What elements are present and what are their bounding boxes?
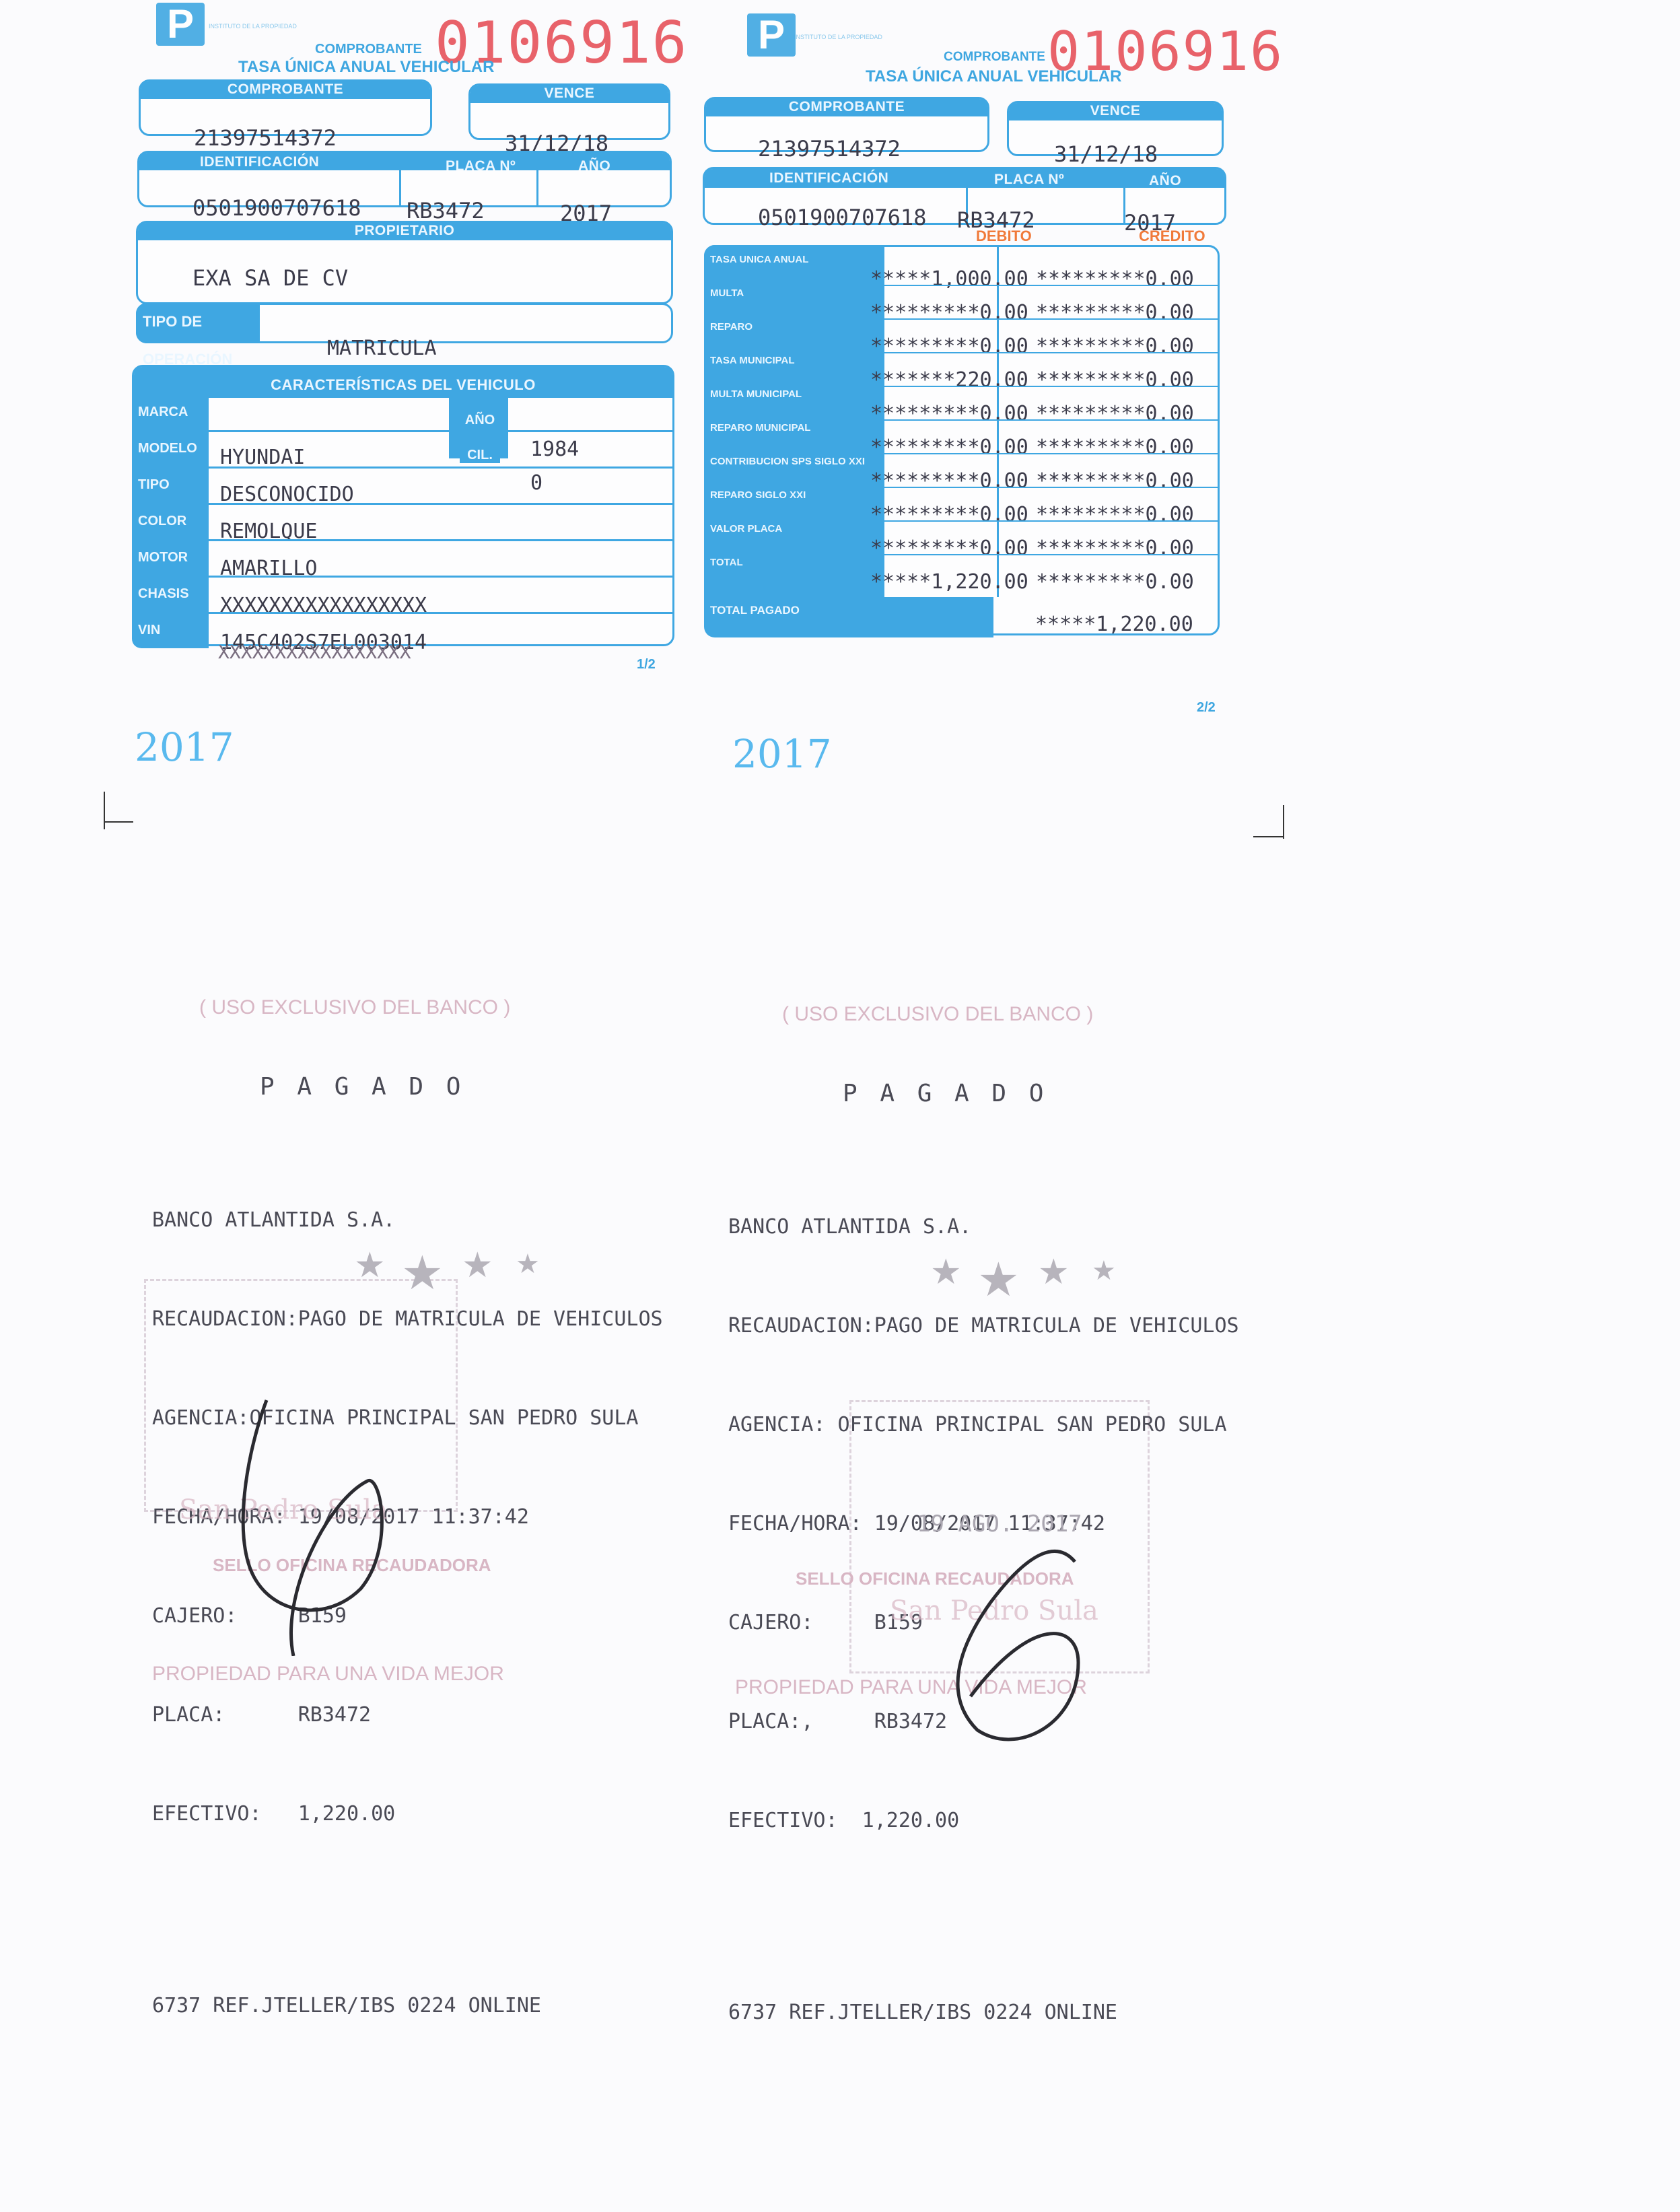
vehicle-row-label: VIN xyxy=(138,623,160,638)
institution-logo: P xyxy=(156,3,205,46)
charge-label: TASA UNICA ANUAL xyxy=(710,254,808,265)
tipo-operacion-value: MATRICULA xyxy=(327,337,437,360)
charge-credito: *********0.00 xyxy=(1036,503,1194,526)
form-title: TASA ÚNICA ANUAL VEHICULAR xyxy=(238,58,494,77)
page-marker: 2/2 xyxy=(1197,700,1216,716)
row-divider xyxy=(209,430,674,432)
row-divider xyxy=(884,554,1220,555)
charge-label: VALOR PLACA xyxy=(710,523,782,534)
slogan: PROPIEDAD PARA UNA VIDA MEJOR xyxy=(152,1663,504,1686)
row-divider xyxy=(884,285,1220,286)
charge-credito: *********0.00 xyxy=(1036,267,1194,291)
charge-debito: *********0.00 xyxy=(870,335,1028,358)
placa-label: PLACA Nº xyxy=(446,158,516,174)
charge-debito: *********0.00 xyxy=(870,537,1028,560)
vence-label: VENCE xyxy=(1009,103,1222,120)
crop-mark xyxy=(1283,805,1284,839)
crop-mark xyxy=(104,792,105,829)
total-pagado-value: *****1,220.00 xyxy=(1035,613,1193,636)
row-divider xyxy=(884,318,1220,320)
vehicle-row-label: MODELO xyxy=(138,441,197,456)
identificacion-value: 0501900707618 xyxy=(758,205,926,230)
comprobante-label: COMPROBANTE xyxy=(706,99,987,116)
form-title: TASA ÚNICA ANUAL VEHICULAR xyxy=(866,67,1121,86)
placa: PLACA: RB3472 xyxy=(152,1698,663,1731)
propietario-box: PROPIETARIO xyxy=(136,221,673,304)
handwritten-signature xyxy=(883,1474,1125,1757)
credito-label: CREDITO xyxy=(1139,228,1205,245)
placa-label: PLACA Nº xyxy=(994,172,1064,188)
row-divider xyxy=(884,487,1220,488)
bank-use-header: ( USO EXCLUSIVO DEL BANCO ) xyxy=(199,996,510,1019)
charge-label: TASA MUNICIPAL xyxy=(710,355,795,366)
year-watermark-1: 2017 xyxy=(135,724,234,770)
form-page-2: P INSTITUTO DE LA PROPIEDAD COMPROBANTE … xyxy=(700,0,1292,714)
charge-label: REPARO SIGLO XXI xyxy=(710,489,806,501)
charge-debito: *****1,220.00 xyxy=(870,570,1028,594)
row-divider xyxy=(884,386,1220,387)
vehicle-row-label: CHASIS xyxy=(138,586,189,602)
charge-label: MULTA MUNICIPAL xyxy=(710,388,802,400)
charge-credito: *********0.00 xyxy=(1036,402,1194,425)
charge-credito: *********0.00 xyxy=(1036,469,1194,493)
identificacion-label: IDENTIFICACIÓN xyxy=(769,170,888,186)
tipo-operacion-label: TIPO DE OPERACIÓN xyxy=(136,303,260,343)
charge-credito: *********0.00 xyxy=(1036,537,1194,560)
row-divider xyxy=(884,520,1220,522)
reference: 6737 REF.JTELLER/IBS 0224 ONLINE xyxy=(152,1989,663,2022)
vehicle-section-title: CARACTERÍSTICAS DEL VEHICULO xyxy=(134,367,672,398)
charge-label: REPARO MUNICIPAL xyxy=(710,422,810,434)
row-divider xyxy=(884,352,1220,353)
charge-label: MULTA xyxy=(710,287,744,299)
comprobante-heading: COMPROBANTE xyxy=(944,50,1045,65)
charge-debito: *********0.00 xyxy=(870,402,1028,425)
cil-value: 1984 xyxy=(530,438,579,461)
identificacion-label: IDENTIFICACIÓN xyxy=(200,154,319,170)
crop-mark xyxy=(104,821,133,823)
handwritten-signature xyxy=(206,1373,448,1656)
charge-debito: *****1,000.00 xyxy=(870,267,1028,291)
row-divider xyxy=(209,466,674,469)
charge-debito: *********0.00 xyxy=(870,503,1028,526)
vehicle-cil-label: CIL. xyxy=(460,448,500,463)
row-divider xyxy=(209,612,674,614)
placa-value: RB3472 xyxy=(407,198,485,223)
anio-label: AÑO xyxy=(578,158,610,174)
charge-debito: *******220.00 xyxy=(870,368,1028,392)
vehicle-box: CARACTERÍSTICAS DEL VEHICULO AÑO CIL. MA… xyxy=(132,365,674,646)
institution-name: INSTITUTO DE LA PROPIEDAD xyxy=(794,34,882,40)
year-watermark-2: 2017 xyxy=(732,731,832,777)
paid-status: P A G A D O xyxy=(843,1077,1047,1110)
vehicle-anio-label: AÑO xyxy=(460,413,500,428)
agencia: AGENCIA: OFICINA PRINCIPAL SAN PEDRO SUL… xyxy=(728,1408,1239,1441)
page-marker: 1/2 xyxy=(637,657,656,672)
recaudacion: RECAUDACION:PAGO DE MATRICULA DE VEHICUL… xyxy=(728,1309,1239,1342)
vehicle-extra-value: XXXXXXXXXXXXXXXXX xyxy=(218,641,411,663)
comprobante-value: 21397514372 xyxy=(194,125,337,151)
charge-credito: *********0.00 xyxy=(1036,335,1194,358)
charges-table: TASA UNICA ANUAL*****1,000.00*********0.… xyxy=(704,245,1220,635)
efectivo: EFECTIVO: 1,220.00 xyxy=(152,1797,663,1830)
vence-value: 31/12/18 xyxy=(1054,141,1158,167)
charge-credito: *********0.00 xyxy=(1036,301,1194,324)
charge-credito: *********0.00 xyxy=(1036,368,1194,392)
bank-name: BANCO ATLANTIDA S.A. xyxy=(728,1210,1239,1243)
total-pagado-label: TOTAL PAGADO xyxy=(710,604,800,617)
identificacion-value: 0501900707618 xyxy=(193,195,361,221)
paid-status: P A G A D O xyxy=(260,1070,464,1103)
charge-label: REPARO xyxy=(710,321,753,333)
charge-debito: *********0.00 xyxy=(870,436,1028,459)
efectivo: EFECTIVO: 1,220.00 xyxy=(728,1804,1239,1837)
recaudacion: RECAUDACION:PAGO DE MATRICULA DE VEHICUL… xyxy=(152,1303,663,1336)
charge-label: CONTRIBUCION SPS SIGLO XXI xyxy=(710,456,865,467)
anio-label: AÑO xyxy=(1149,173,1181,189)
bank-name: BANCO ATLANTIDA S.A. xyxy=(152,1204,663,1237)
charge-credito: *********0.00 xyxy=(1036,436,1194,459)
row-divider xyxy=(884,419,1220,421)
vence-label: VENCE xyxy=(470,85,668,103)
bank-receipt: ( USO EXCLUSIVO DEL BANCO ) P A G A D O … xyxy=(728,1003,1307,1717)
row-divider xyxy=(209,539,674,541)
crop-mark xyxy=(1253,836,1284,837)
form-page-1: P INSTITUTO DE LA PROPIEDAD COMPROBANTE … xyxy=(128,0,687,680)
row-divider xyxy=(884,453,1220,454)
debito-label: DEBITO xyxy=(976,228,1032,245)
cil-extra-value: 0 xyxy=(530,471,542,495)
row-divider xyxy=(209,576,674,578)
charge-debito: *********0.00 xyxy=(870,469,1028,493)
propietario-value: EXA SA DE CV xyxy=(193,265,348,291)
bank-receipt: ( USO EXCLUSIVO DEL BANCO ) P A G A D O … xyxy=(152,996,731,1710)
vehicle-row-value: HYUNDAI xyxy=(220,446,305,469)
vehicle-row-label: TIPO xyxy=(138,477,170,493)
comprobante-heading: COMPROBANTE xyxy=(315,42,422,57)
vehicle-row-label: COLOR xyxy=(138,514,186,529)
institution-logo: P xyxy=(747,13,796,57)
bank-use-header: ( USO EXCLUSIVO DEL BANCO ) xyxy=(782,1003,1093,1026)
comprobante-value: 21397514372 xyxy=(758,136,901,162)
charge-label: TOTAL xyxy=(710,557,743,568)
reference: 6737 REF.JTELLER/IBS 0224 ONLINE xyxy=(728,1996,1239,2029)
row-divider xyxy=(209,503,674,505)
comprobante-label: COMPROBANTE xyxy=(141,81,430,99)
propietario-label: PROPIETARIO xyxy=(138,223,671,240)
charge-credito: *********0.00 xyxy=(1036,570,1194,594)
vehicle-row-label: MOTOR xyxy=(138,550,188,565)
vehicle-row-label: MARCA xyxy=(138,405,188,420)
charge-debito: *********0.00 xyxy=(870,301,1028,324)
institution-name: INSTITUTO DE LA PROPIEDAD xyxy=(209,23,297,30)
